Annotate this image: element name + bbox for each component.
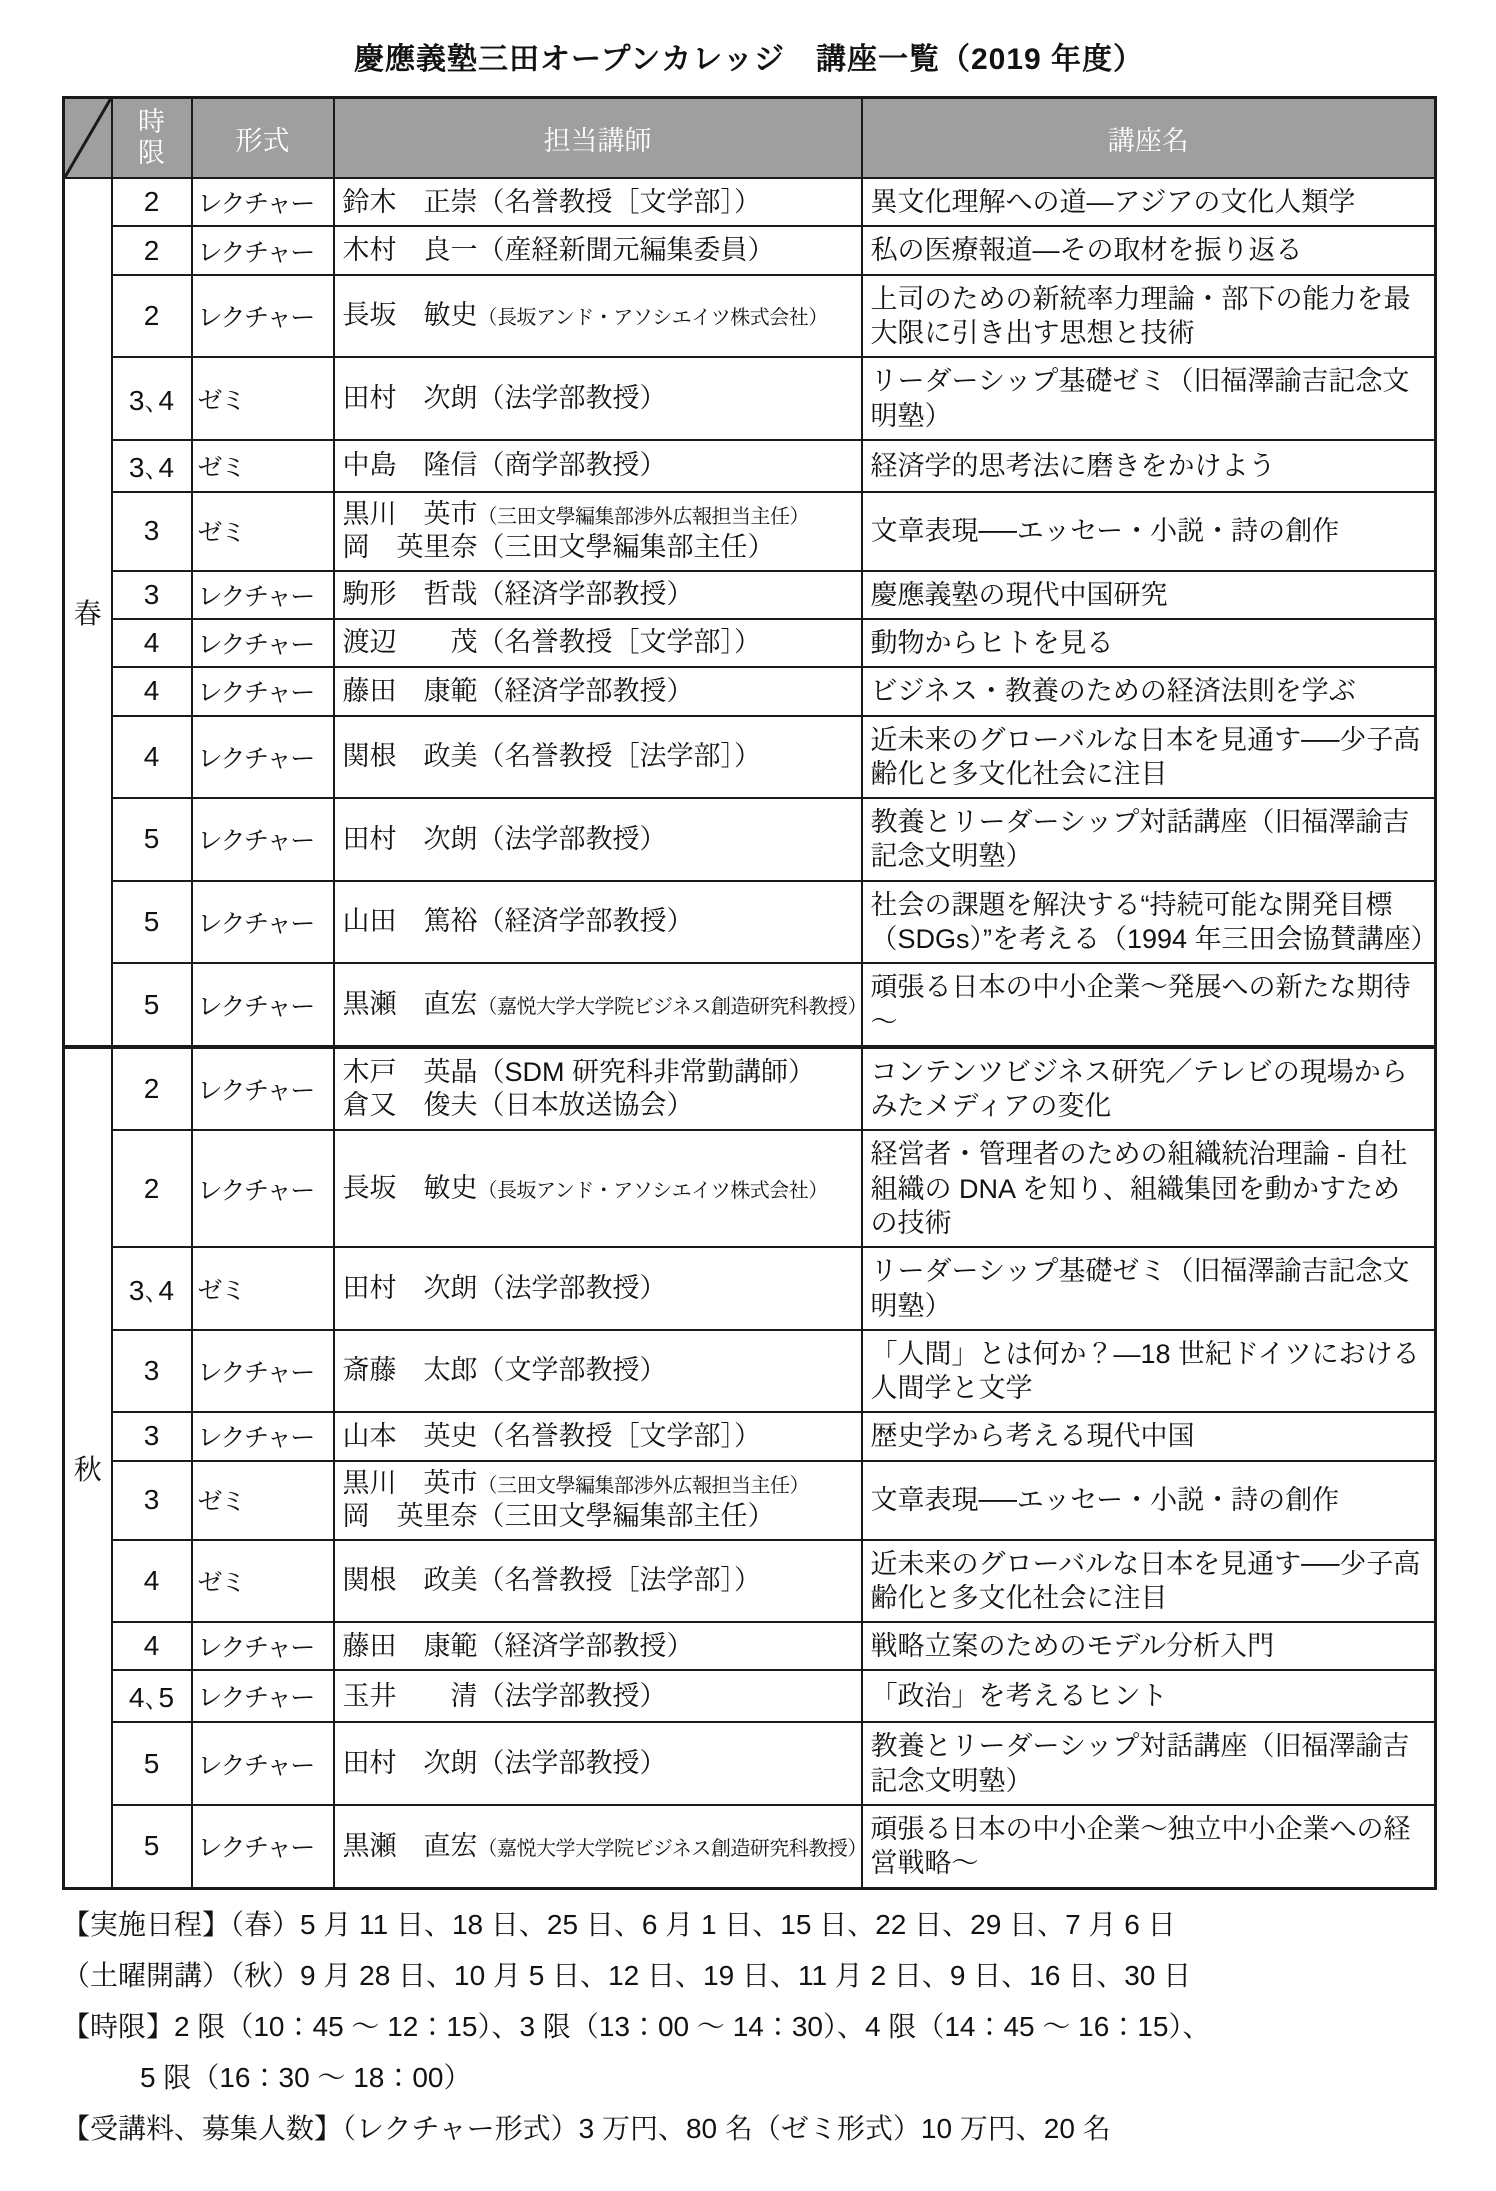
season-group: 春2 レクチャー 鈴木 正崇（名誉教授［文学部］） 異文化理解への道―アジアの文… <box>64 178 1436 1047</box>
instructor-name: 黒川 英市 <box>343 1468 478 1498</box>
instructor-affiliation: （名誉教授［文学部］） <box>478 1421 762 1451</box>
instructor-affiliation: （経済学部教授） <box>478 906 694 936</box>
format-cell: レクチャー <box>192 963 334 1047</box>
instructor-line: 黒川 英市（三田文學編集部渉外広報担当主任） <box>343 1467 855 1500</box>
course-cell: 動物からヒトを見る <box>862 619 1436 667</box>
format-cell: レクチャー <box>192 571 334 619</box>
period-cell: 3､4 <box>112 440 192 492</box>
instructor-cell: 木村 良一（産経新聞元編集委員） <box>334 226 862 274</box>
instructor-affiliation: （嘉悦大学大学院ビジネス創造研究科教授） <box>478 1838 855 1860</box>
instructor-cell: 関根 政美（名誉教授［法学部］） <box>334 716 862 799</box>
instructor-name: 田村 次朗 <box>343 383 478 413</box>
instructor-name: 鈴木 正崇 <box>343 187 478 217</box>
instructor-name: 倉又 俊夫 <box>343 1090 478 1120</box>
period-cell: 3 <box>112 1412 192 1460</box>
instructor-line: 木戸 英晶（SDM 研究科非常勤講師） <box>343 1056 855 1089</box>
instructor-line: 鈴木 正崇（名誉教授［文学部］） <box>343 186 855 219</box>
instructor-cell: 長坂 敏史（長坂アンド・アソシエイツ株式会社） <box>334 275 862 358</box>
instructor-cell: 山本 英史（名誉教授［文学部］） <box>334 1412 862 1460</box>
format-cell: ゼミ <box>192 1461 334 1540</box>
instructor-name: 玉井 清 <box>343 1681 478 1711</box>
table-row: 4 レクチャー 渡辺 茂（名誉教授［文学部］） 動物からヒトを見る <box>64 619 1436 667</box>
course-cell: 異文化理解への道―アジアの文化人類学 <box>862 178 1436 226</box>
format-cell: ゼミ <box>192 492 334 571</box>
table-row: 3､4 ゼミ 田村 次朗（法学部教授） リーダーシップ基礎ゼミ（旧福澤諭吉記念文… <box>64 357 1436 440</box>
course-cell: コンテンツビジネス研究／テレビの現場からみたメディアの変化 <box>862 1047 1436 1131</box>
instructor-line: 山田 篤裕（経済学部教授） <box>343 905 855 938</box>
period-cell: 4､5 <box>112 1670 192 1722</box>
instructor-name: 長坂 敏史 <box>343 1173 478 1203</box>
format-cell: レクチャー <box>192 275 334 358</box>
instructor-affiliation: （名誉教授［文学部］） <box>478 187 762 217</box>
corner-cell <box>64 98 112 179</box>
season-label: 秋 <box>64 1047 112 1888</box>
note-line: 【受講料、募集人数】（レクチャー形式）3 万円、80 名（ゼミ形式）10 万円、… <box>62 2110 1436 2148</box>
instructor-line: 黒川 英市（三田文學編集部渉外広報担当主任） <box>343 498 855 531</box>
period-cell: 5 <box>112 1805 192 1888</box>
season-group: 秋2 レクチャー 木戸 英晶（SDM 研究科非常勤講師）倉又 俊夫（日本放送協会… <box>64 1047 1436 1888</box>
instructor-name: 木村 良一 <box>343 235 478 265</box>
instructor-name: 木戸 英晶 <box>343 1057 478 1087</box>
header-instructor: 担当講師 <box>334 98 862 179</box>
instructor-name: 岡 英里奈 <box>343 532 478 562</box>
course-cell: 経済学的思考法に磨きをかけよう <box>862 440 1436 492</box>
format-cell: レクチャー <box>192 1670 334 1722</box>
format-cell: レクチャー <box>192 1047 334 1131</box>
period-cell: 2 <box>112 1047 192 1131</box>
instructor-name: 中島 隆信 <box>343 450 478 480</box>
note-line: 【時限】2 限（10：45 ～ 12：15）、3 限（13：00 ～ 14：30… <box>62 2008 1436 2046</box>
instructor-name: 渡辺 茂 <box>343 627 478 657</box>
instructor-affiliation: （名誉教授［法学部］） <box>478 741 762 771</box>
table-row: 4 レクチャー 藤田 康範（経済学部教授） 戦略立案のためのモデル分析入門 <box>64 1622 1436 1670</box>
table-row: 2 レクチャー 長坂 敏史（長坂アンド・アソシエイツ株式会社） 上司のための新統… <box>64 275 1436 358</box>
instructor-affiliation: （法学部教授） <box>478 383 667 413</box>
course-cell: 近未来のグローバルな日本を見通す──少子高齢化と多文化社会に注目 <box>862 716 1436 799</box>
table-row: 5 レクチャー 山田 篤裕（経済学部教授） 社会の課題を解決する“持続可能な開発… <box>64 881 1436 964</box>
course-cell: 文章表現──エッセー・小説・詩の創作 <box>862 1461 1436 1540</box>
period-cell: 5 <box>112 1722 192 1805</box>
instructor-affiliation: （経済学部教授） <box>478 1631 694 1661</box>
period-cell: 3､4 <box>112 1247 192 1330</box>
period-cell: 4 <box>112 667 192 715</box>
table-row: 3 ゼミ 黒川 英市（三田文學編集部渉外広報担当主任）岡 英里奈（三田文學編集部… <box>64 1461 1436 1540</box>
course-cell: 文章表現──エッセー・小説・詩の創作 <box>862 492 1436 571</box>
table-row: 4 レクチャー 関根 政美（名誉教授［法学部］） 近未来のグローバルな日本を見通… <box>64 716 1436 799</box>
instructor-line: 関根 政美（名誉教授［法学部］） <box>343 740 855 773</box>
course-cell: 上司のための新統率力理論・部下の能力を最大限に引き出す思想と技術 <box>862 275 1436 358</box>
instructor-cell: 鈴木 正崇（名誉教授［文学部］） <box>334 178 862 226</box>
format-cell: レクチャー <box>192 1412 334 1460</box>
instructor-line: 関根 政美（名誉教授［法学部］） <box>343 1564 855 1597</box>
period-cell: 4 <box>112 1540 192 1623</box>
instructor-name: 長坂 敏史 <box>343 300 478 330</box>
instructor-cell: 田村 次朗（法学部教授） <box>334 798 862 881</box>
instructor-line: 岡 英里奈（三田文學編集部主任） <box>343 531 855 564</box>
instructor-name: 関根 政美 <box>343 741 478 771</box>
table-row: 3 レクチャー 斎藤 太郎（文学部教授） 「人間」とは何か？―18 世紀ドイツに… <box>64 1330 1436 1413</box>
instructor-affiliation: （名誉教授［法学部］） <box>478 1565 762 1595</box>
course-cell: 「政治」を考えるヒント <box>862 1670 1436 1722</box>
period-cell: 3 <box>112 1330 192 1413</box>
course-cell: 歴史学から考える現代中国 <box>862 1412 1436 1460</box>
format-cell: レクチャー <box>192 798 334 881</box>
instructor-line: 田村 次朗（法学部教授） <box>343 823 855 856</box>
course-cell: 社会の課題を解決する“持続可能な開発目標（SDGs）”を考える（1994 年三田… <box>862 881 1436 964</box>
instructor-line: 玉井 清（法学部教授） <box>343 1680 855 1713</box>
format-cell: レクチャー <box>192 619 334 667</box>
instructor-line: 倉又 俊夫（日本放送協会） <box>343 1089 855 1122</box>
instructor-affiliation: （三田文學編集部渉外広報担当主任） <box>478 1475 810 1497</box>
diagonal-line-icon <box>65 99 111 177</box>
instructor-name: 黒瀬 直宏 <box>343 1831 478 1861</box>
instructor-line: 斎藤 太郎（文学部教授） <box>343 1354 855 1387</box>
table-row: 3 レクチャー 山本 英史（名誉教授［文学部］） 歴史学から考える現代中国 <box>64 1412 1436 1460</box>
table-row: 5 レクチャー 黒瀬 直宏（嘉悦大学大学院ビジネス創造研究科教授） 頑張る日本の… <box>64 963 1436 1047</box>
format-cell: レクチャー <box>192 178 334 226</box>
instructor-line: 山本 英史（名誉教授［文学部］） <box>343 1420 855 1453</box>
period-cell: 3 <box>112 492 192 571</box>
period-cell: 3､4 <box>112 357 192 440</box>
instructor-affiliation: （三田文學編集部渉外広報担当主任） <box>478 506 810 528</box>
table-header: 時限 形式 担当講師 講座名 <box>64 98 1436 179</box>
instructor-cell: 玉井 清（法学部教授） <box>334 1670 862 1722</box>
instructor-affiliation: （嘉悦大学大学院ビジネス創造研究科教授） <box>478 996 855 1018</box>
table-row: 3 ゼミ 黒川 英市（三田文學編集部渉外広報担当主任）岡 英里奈（三田文學編集部… <box>64 492 1436 571</box>
course-cell: 近未来のグローバルな日本を見通す──少子高齢化と多文化社会に注目 <box>862 1540 1436 1623</box>
table-row: 2 レクチャー 長坂 敏史（長坂アンド・アソシエイツ株式会社） 経営者・管理者の… <box>64 1130 1436 1247</box>
table-row: 3､4 ゼミ 中島 隆信（商学部教授） 経済学的思考法に磨きをかけよう <box>64 440 1436 492</box>
note-line: 【実施日程】（春）5 月 11 日、18 日、25 日、6 月 1 日、15 日… <box>62 1906 1436 1944</box>
instructor-affiliation: （長坂アンド・アソシエイツ株式会社） <box>478 307 828 329</box>
instructor-affiliation: （SDM 研究科非常勤講師） <box>478 1057 816 1087</box>
period-cell: 4 <box>112 619 192 667</box>
instructor-cell: 斎藤 太郎（文学部教授） <box>334 1330 862 1413</box>
instructor-line: 黒瀬 直宏（嘉悦大学大学院ビジネス創造研究科教授） <box>343 1830 855 1863</box>
table-row: 4 レクチャー 藤田 康範（経済学部教授） ビジネス・教養のための経済法則を学ぶ <box>64 667 1436 715</box>
instructor-name: 田村 次朗 <box>343 824 478 854</box>
instructor-cell: 渡辺 茂（名誉教授［文学部］） <box>334 619 862 667</box>
instructor-affiliation: （法学部教授） <box>478 1748 667 1778</box>
instructor-name: 田村 次朗 <box>343 1748 478 1778</box>
course-cell: 教養とリーダーシップ対話講座（旧福澤諭吉記念文明塾） <box>862 1722 1436 1805</box>
footer-notes: 【実施日程】（春）5 月 11 日、18 日、25 日、6 月 1 日、15 日… <box>62 1906 1436 2148</box>
course-cell: 経営者・管理者のための組織統治理論 - 自社組織の DNA を知り、組織集団を動… <box>862 1130 1436 1247</box>
instructor-name: 岡 英里奈 <box>343 1501 478 1531</box>
course-cell: リーダーシップ基礎ゼミ（旧福澤諭吉記念文明塾） <box>862 1247 1436 1330</box>
instructor-line: 長坂 敏史（長坂アンド・アソシエイツ株式会社） <box>343 299 855 332</box>
instructor-affiliation: （文学部教授） <box>478 1355 667 1385</box>
format-cell: レクチャー <box>192 881 334 964</box>
instructor-cell: 藤田 康範（経済学部教授） <box>334 1622 862 1670</box>
format-cell: レクチャー <box>192 1622 334 1670</box>
table-row: 春2 レクチャー 鈴木 正崇（名誉教授［文学部］） 異文化理解への道―アジアの文… <box>64 178 1436 226</box>
period-cell: 5 <box>112 881 192 964</box>
format-cell: ゼミ <box>192 1247 334 1330</box>
instructor-cell: 黒川 英市（三田文學編集部渉外広報担当主任）岡 英里奈（三田文學編集部主任） <box>334 492 862 571</box>
instructor-cell: 藤田 康範（経済学部教授） <box>334 667 862 715</box>
instructor-cell: 中島 隆信（商学部教授） <box>334 440 862 492</box>
course-table: 時限 形式 担当講師 講座名 春2 レクチャー 鈴木 正崇（名誉教授［文学部］）… <box>62 96 1437 1890</box>
instructor-affiliation: （名誉教授［文学部］） <box>478 627 762 657</box>
document-page: 慶應義塾三田オープンカレッジ 講座一覧（2019 年度） 時限 形式 担当講師 … <box>0 0 1496 2191</box>
season-label: 春 <box>64 178 112 1047</box>
period-cell: 4 <box>112 716 192 799</box>
note-line: 5 限（16：30 ～ 18：00） <box>62 2059 1436 2097</box>
instructor-cell: 山田 篤裕（経済学部教授） <box>334 881 862 964</box>
table-row: 5 レクチャー 黒瀬 直宏（嘉悦大学大学院ビジネス創造研究科教授） 頑張る日本の… <box>64 1805 1436 1888</box>
table-row: 4､5 レクチャー 玉井 清（法学部教授） 「政治」を考えるヒント <box>64 1670 1436 1722</box>
note-line: （土曜開講）（秋）9 月 28 日、10 月 5 日、12 日、19 日、11 … <box>62 1957 1436 1995</box>
instructor-line: 藤田 康範（経済学部教授） <box>343 675 855 708</box>
instructor-cell: 駒形 哲哉（経済学部教授） <box>334 571 862 619</box>
instructor-line: 木村 良一（産経新聞元編集委員） <box>343 234 855 267</box>
instructor-line: 田村 次朗（法学部教授） <box>343 1747 855 1780</box>
period-cell: 2 <box>112 275 192 358</box>
instructor-name: 関根 政美 <box>343 1565 478 1595</box>
course-cell: ビジネス・教養のための経済法則を学ぶ <box>862 667 1436 715</box>
instructor-name: 斎藤 太郎 <box>343 1355 478 1385</box>
course-cell: 慶應義塾の現代中国研究 <box>862 571 1436 619</box>
table-row: 3 レクチャー 駒形 哲哉（経済学部教授） 慶應義塾の現代中国研究 <box>64 571 1436 619</box>
format-cell: レクチャー <box>192 1722 334 1805</box>
instructor-line: 中島 隆信（商学部教授） <box>343 449 855 482</box>
instructor-name: 駒形 哲哉 <box>343 579 478 609</box>
instructor-line: 渡辺 茂（名誉教授［文学部］） <box>343 626 855 659</box>
instructor-affiliation: （三田文學編集部主任） <box>478 532 775 562</box>
instructor-affiliation: （商学部教授） <box>478 450 667 480</box>
instructor-line: 岡 英里奈（三田文學編集部主任） <box>343 1500 855 1533</box>
format-cell: レクチャー <box>192 1805 334 1888</box>
period-cell: 3 <box>112 1461 192 1540</box>
course-cell: 「人間」とは何か？―18 世紀ドイツにおける人間学と文学 <box>862 1330 1436 1413</box>
period-cell: 2 <box>112 1130 192 1247</box>
instructor-name: 黒川 英市 <box>343 499 478 529</box>
table-row: 5 レクチャー 田村 次朗（法学部教授） 教養とリーダーシップ対話講座（旧福澤諭… <box>64 1722 1436 1805</box>
table-row: 5 レクチャー 田村 次朗（法学部教授） 教養とリーダーシップ対話講座（旧福澤諭… <box>64 798 1436 881</box>
header-course: 講座名 <box>862 98 1436 179</box>
format-cell: レクチャー <box>192 667 334 715</box>
period-cell: 4 <box>112 1622 192 1670</box>
instructor-cell: 関根 政美（名誉教授［法学部］） <box>334 1540 862 1623</box>
instructor-name: 田村 次朗 <box>343 1273 478 1303</box>
instructor-cell: 木戸 英晶（SDM 研究科非常勤講師）倉又 俊夫（日本放送協会） <box>334 1047 862 1131</box>
instructor-cell: 黒川 英市（三田文學編集部渉外広報担当主任）岡 英里奈（三田文學編集部主任） <box>334 1461 862 1540</box>
instructor-cell: 黒瀬 直宏（嘉悦大学大学院ビジネス創造研究科教授） <box>334 963 862 1047</box>
header-format: 形式 <box>192 98 334 179</box>
format-cell: ゼミ <box>192 1540 334 1623</box>
period-cell: 5 <box>112 963 192 1047</box>
table-row: 秋2 レクチャー 木戸 英晶（SDM 研究科非常勤講師）倉又 俊夫（日本放送協会… <box>64 1047 1436 1131</box>
page-title: 慶應義塾三田オープンカレッジ 講座一覧（2019 年度） <box>62 34 1436 78</box>
period-cell: 3 <box>112 571 192 619</box>
period-cell: 2 <box>112 178 192 226</box>
instructor-cell: 田村 次朗（法学部教授） <box>334 1247 862 1330</box>
instructor-cell: 田村 次朗（法学部教授） <box>334 1722 862 1805</box>
format-cell: ゼミ <box>192 440 334 492</box>
header-period: 時限 <box>112 98 192 179</box>
table-row: 4 ゼミ 関根 政美（名誉教授［法学部］） 近未来のグローバルな日本を見通す──… <box>64 1540 1436 1623</box>
instructor-line: 田村 次朗（法学部教授） <box>343 1272 855 1305</box>
table-row: 2 レクチャー 木村 良一（産経新聞元編集委員） 私の医療報道―その取材を振り返… <box>64 226 1436 274</box>
course-cell: 私の医療報道―その取材を振り返る <box>862 226 1436 274</box>
instructor-name: 藤田 康範 <box>343 676 478 706</box>
course-cell: 頑張る日本の中小企業～発展への新たな期待～ <box>862 963 1436 1047</box>
course-cell: リーダーシップ基礎ゼミ（旧福澤諭吉記念文明塾） <box>862 357 1436 440</box>
instructor-name: 山田 篤裕 <box>343 906 478 936</box>
instructor-affiliation: （日本放送協会） <box>478 1090 694 1120</box>
course-cell: 教養とリーダーシップ対話講座（旧福澤諭吉記念文明塾） <box>862 798 1436 881</box>
instructor-name: 黒瀬 直宏 <box>343 989 478 1019</box>
instructor-line: 藤田 康範（経済学部教授） <box>343 1630 855 1663</box>
instructor-line: 田村 次朗（法学部教授） <box>343 382 855 415</box>
format-cell: レクチャー <box>192 1130 334 1247</box>
instructor-affiliation: （産経新聞元編集委員） <box>478 235 775 265</box>
table-row: 3､4 ゼミ 田村 次朗（法学部教授） リーダーシップ基礎ゼミ（旧福澤諭吉記念文… <box>64 1247 1436 1330</box>
instructor-cell: 黒瀬 直宏（嘉悦大学大学院ビジネス創造研究科教授） <box>334 1805 862 1888</box>
header-row: 時限 形式 担当講師 講座名 <box>64 98 1436 179</box>
instructor-name: 山本 英史 <box>343 1421 478 1451</box>
course-cell: 戦略立案のためのモデル分析入門 <box>862 1622 1436 1670</box>
format-cell: レクチャー <box>192 1330 334 1413</box>
period-cell: 5 <box>112 798 192 881</box>
instructor-affiliation: （法学部教授） <box>478 1273 667 1303</box>
instructor-name: 藤田 康範 <box>343 1631 478 1661</box>
instructor-affiliation: （法学部教授） <box>478 824 667 854</box>
instructor-line: 駒形 哲哉（経済学部教授） <box>343 578 855 611</box>
format-cell: レクチャー <box>192 716 334 799</box>
instructor-cell: 田村 次朗（法学部教授） <box>334 357 862 440</box>
instructor-affiliation: （法学部教授） <box>478 1681 667 1711</box>
instructor-affiliation: （経済学部教授） <box>478 676 694 706</box>
instructor-line: 黒瀬 直宏（嘉悦大学大学院ビジネス創造研究科教授） <box>343 988 855 1021</box>
format-cell: ゼミ <box>192 357 334 440</box>
instructor-affiliation: （長坂アンド・アソシエイツ株式会社） <box>478 1180 828 1202</box>
instructor-affiliation: （三田文學編集部主任） <box>478 1501 775 1531</box>
format-cell: レクチャー <box>192 226 334 274</box>
period-cell: 2 <box>112 226 192 274</box>
course-cell: 頑張る日本の中小企業～独立中小企業への経営戦略～ <box>862 1805 1436 1888</box>
instructor-line: 長坂 敏史（長坂アンド・アソシエイツ株式会社） <box>343 1172 855 1205</box>
instructor-affiliation: （経済学部教授） <box>478 579 694 609</box>
instructor-cell: 長坂 敏史（長坂アンド・アソシエイツ株式会社） <box>334 1130 862 1247</box>
